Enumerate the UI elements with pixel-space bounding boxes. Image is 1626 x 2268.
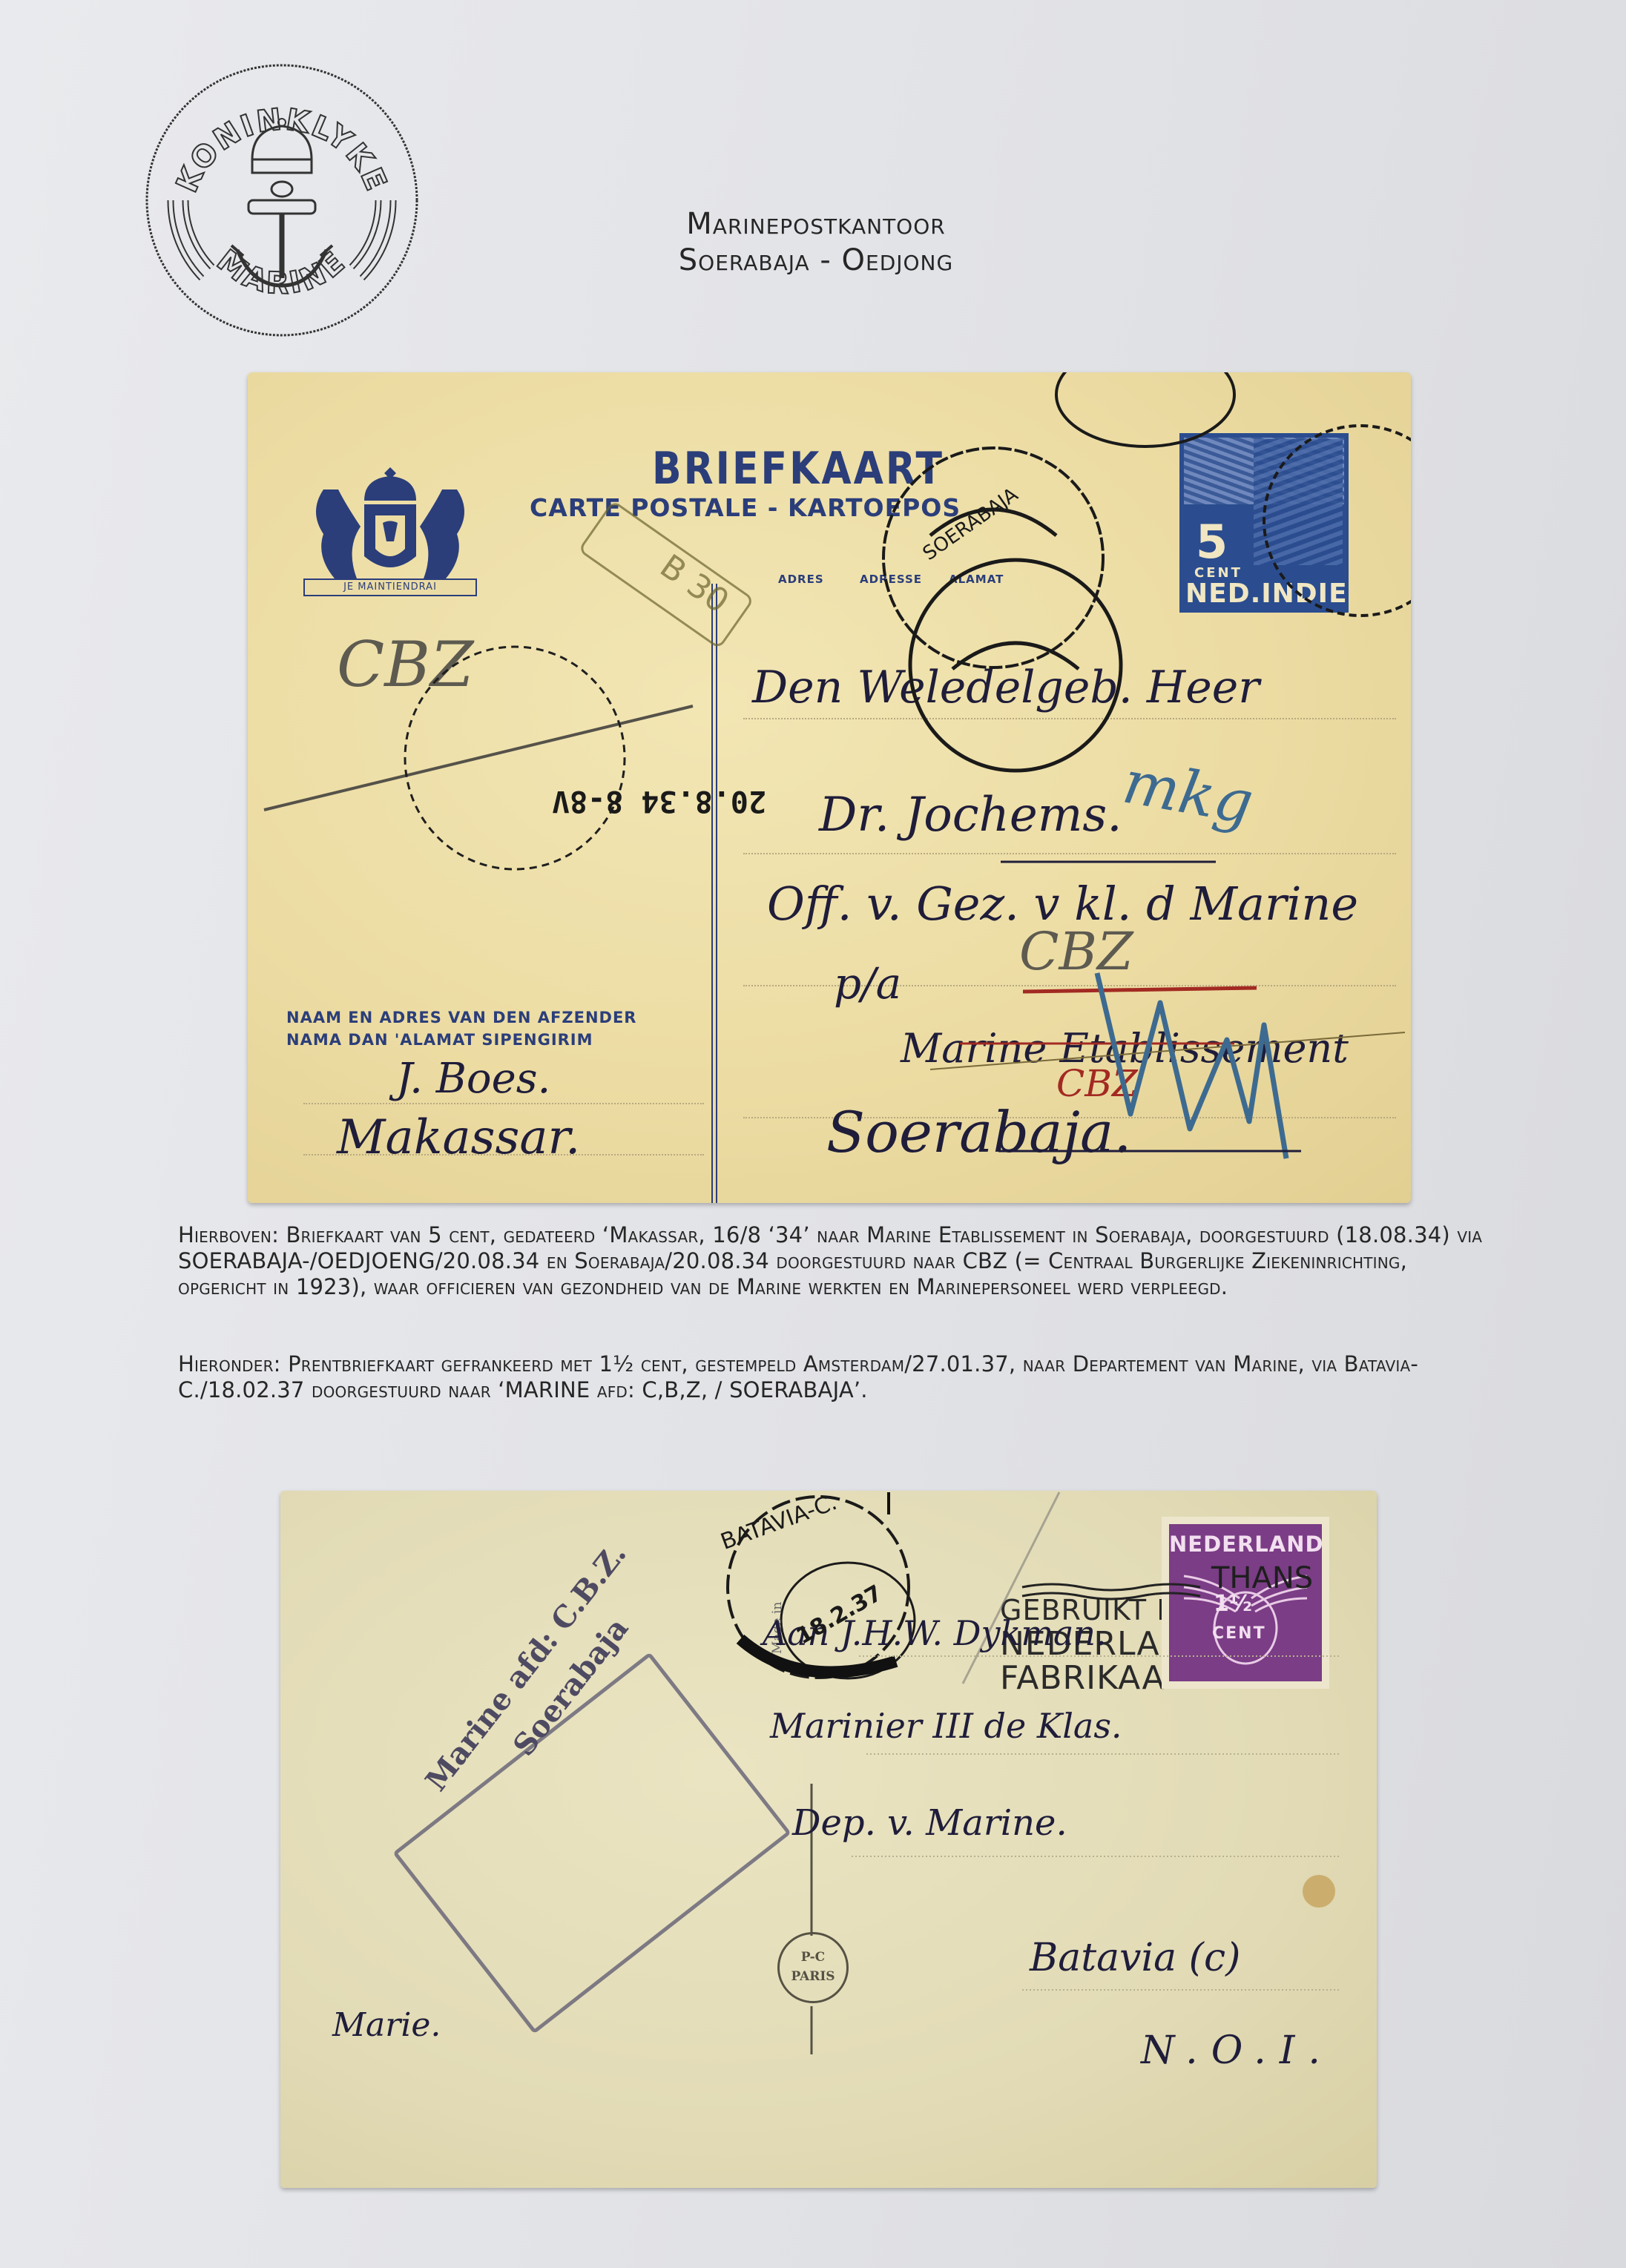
sender-name: J. Boes. — [396, 1055, 550, 1103]
card-subtitle: CARTE POSTALE - KARTOEPOS — [530, 493, 961, 522]
header-line-1: Marinepostkantoor — [593, 206, 1039, 242]
box-cancel-b30: B 30 — [653, 547, 735, 621]
crown-anchor-icon: KONINKLYKE MARINE — [141, 56, 423, 345]
postmark-batavia-town: BATAVIA-C. — [717, 1491, 840, 1555]
coat-motto: JE MAINTIENDRAI — [303, 578, 477, 596]
briefkaart-postcard: JE MAINTIENDRAI BRIEFKAART CARTE POSTALE… — [248, 372, 1411, 1203]
header-line-2: Soerabaja - Oedjong — [593, 242, 1039, 279]
blue-crayon-note: mkg — [1118, 747, 1258, 837]
address-line-3: Dep. v. Marine. — [792, 1802, 1067, 1844]
caption-top: Hierboven: Briefkaart van 5 cent, gedate… — [178, 1222, 1484, 1300]
coat-of-arms-icon — [301, 460, 479, 597]
sender-signature: Marie. — [332, 2006, 441, 2044]
postmark-left-date: 20.8.34 8-8V — [552, 784, 766, 818]
machine-overprint: THANS — [1211, 1561, 1313, 1595]
address-line-5: N.O.I. — [1141, 2028, 1334, 2073]
card-title: BRIEFKAART — [652, 444, 944, 495]
card-divider — [711, 584, 717, 1203]
address-line-1: Den Weledelgeb. Heer — [752, 662, 1260, 713]
address-line-2: Dr. Jochems. — [819, 788, 1122, 843]
address-label-fr: ADRESSE — [860, 573, 922, 586]
postage-stamp-5-cent: 5 CENT NED.INDIE — [1179, 433, 1349, 613]
address-label-my: ALAMAT — [949, 573, 1004, 586]
postage-stamp-1-5-cent: NEDERLAND 1½ CENT — [1169, 1524, 1322, 1681]
sender-place: Makassar. — [337, 1110, 580, 1165]
address-line-4: Batavia (c) — [1030, 1936, 1240, 1980]
prentbriefkaart-postcard: GEBRUIKT BIJ NEDERLANDSCH FABRIKAAT NEDE… — [280, 1491, 1377, 2188]
pencil-note-cbz-left: CBZ — [337, 628, 473, 701]
sender-label: NAAM EN ADRES VAN DEN AFZENDER NAMA DAN … — [286, 1006, 636, 1051]
caption-bottom: Hieronder: Prentbriefkaart gefrankeerd m… — [178, 1351, 1484, 1403]
address-label-nl: ADRES — [778, 573, 824, 586]
red-note-cbz: CBZ — [1056, 1062, 1138, 1105]
address-line-6: Soerabaja. — [826, 1099, 1131, 1165]
page-header: Marinepostkantoor Soerabaja - Oedjong — [593, 206, 1039, 279]
box-cancel-frame — [392, 1652, 791, 2034]
pencil-note-cbz-right: CBZ — [1019, 921, 1133, 982]
address-line-4: p/a — [834, 958, 901, 1009]
svg-text:KONINKLYKE: KONINKLYKE — [170, 102, 394, 197]
pc-paris-logo: P-C PARIS — [777, 1932, 849, 2003]
address-line-2: Marinier III de Klas. — [770, 1706, 1122, 1746]
koninklijke-marine-emblem: KONINKLYKE MARINE — [141, 56, 423, 345]
